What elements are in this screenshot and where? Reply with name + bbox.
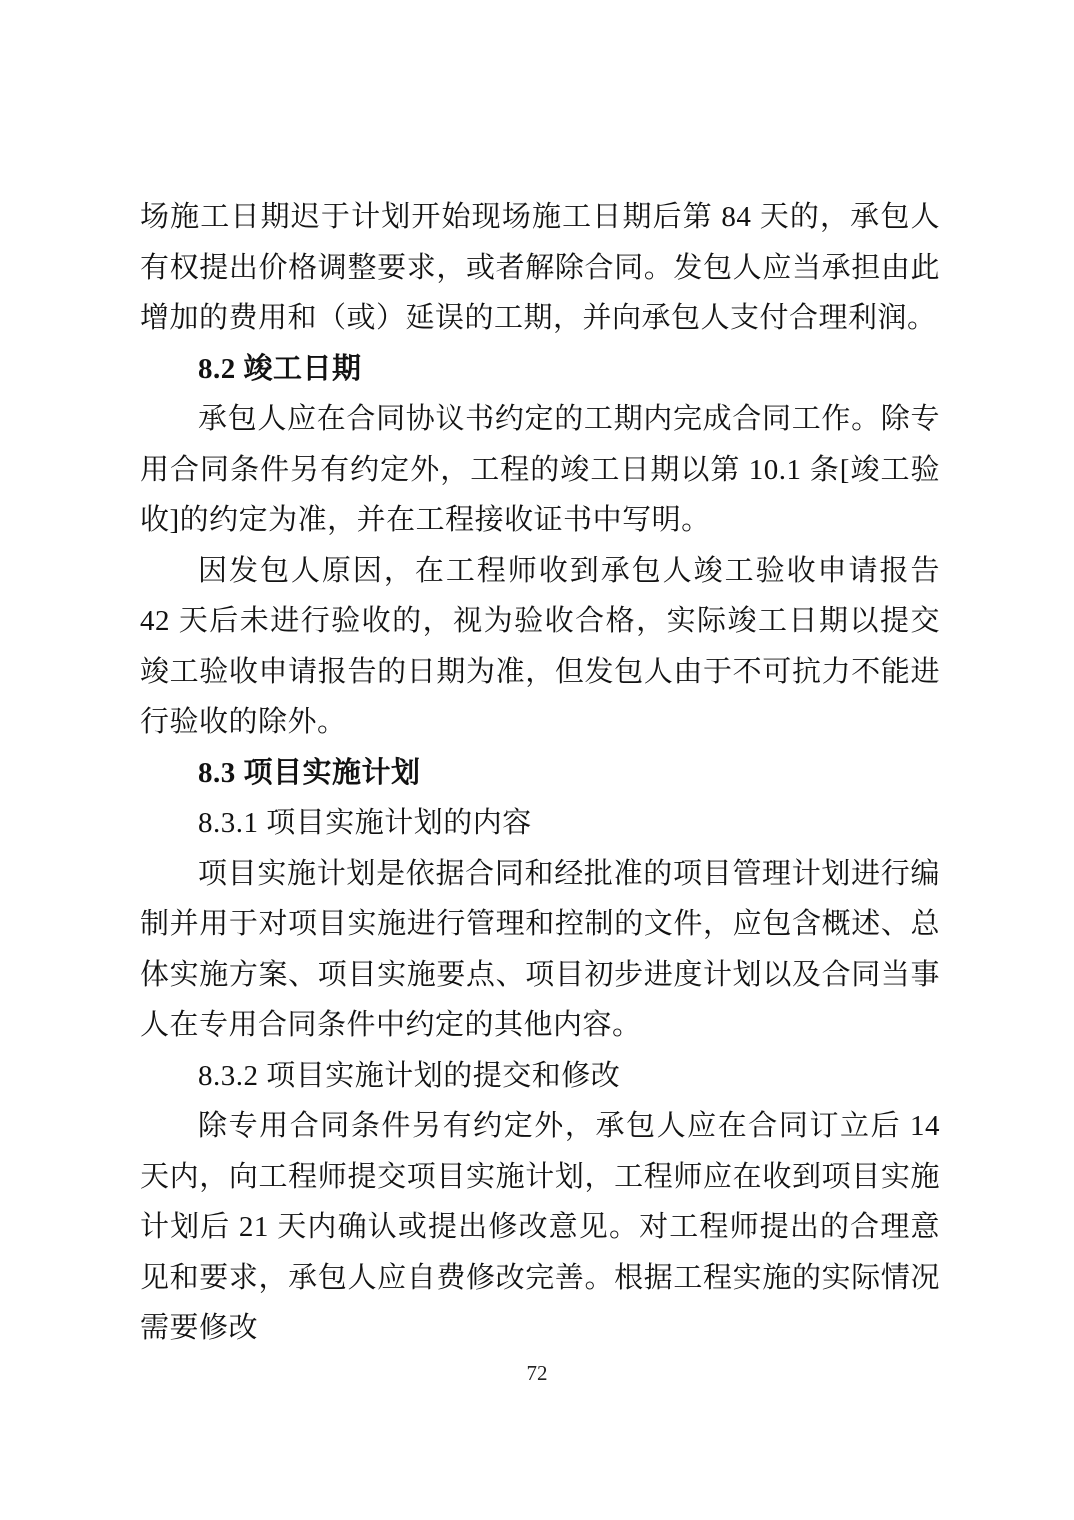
page-number: 72 xyxy=(0,1360,1074,1386)
paragraph-implementation-plan-content: 项目实施计划是依据合同和经批准的项目管理计划进行编制并用于对项目实施进行管理和控… xyxy=(140,849,940,1051)
document-page: 场施工日期迟于计划开始现场施工日期后第 84 天的，承包人有权提出价格调整要求，… xyxy=(0,0,1074,1520)
document-body: 场施工日期迟于计划开始现场施工日期后第 84 天的，承包人有权提出价格调整要求，… xyxy=(140,192,940,1354)
subsection-heading-8-3-1: 8.3.1 项目实施计划的内容 xyxy=(140,798,940,849)
paragraph-implementation-plan-submission: 除专用合同条件另有约定外，承包人应在合同订立后 14 天内，向工程师提交项目实施… xyxy=(140,1101,940,1354)
paragraph-continuation: 场施工日期迟于计划开始现场施工日期后第 84 天的，承包人有权提出价格调整要求，… xyxy=(140,192,940,344)
paragraph-completion-date-1: 承包人应在合同协议书约定的工期内完成合同工作。除专用合同条件另有约定外，工程的竣… xyxy=(140,394,940,546)
section-heading-8-3: 8.3 项目实施计划 xyxy=(140,748,940,799)
section-heading-8-2: 8.2 竣工日期 xyxy=(140,344,940,395)
subsection-heading-8-3-2: 8.3.2 项目实施计划的提交和修改 xyxy=(140,1051,940,1102)
paragraph-completion-date-2: 因发包人原因，在工程师收到承包人竣工验收申请报告 42 天后未进行验收的，视为验… xyxy=(140,546,940,748)
